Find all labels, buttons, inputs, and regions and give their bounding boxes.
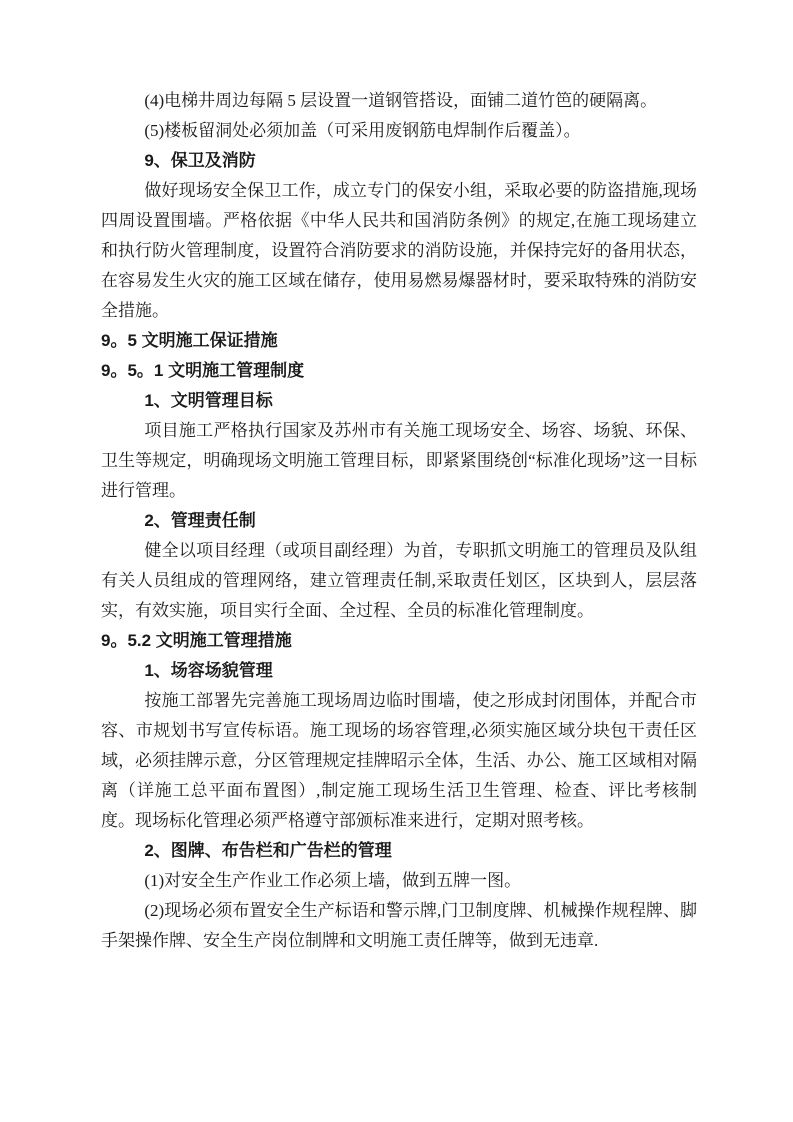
list-item-floor-slab-holes: (5)楼板留洞处必须加盖（可采用废钢筋电焊制作后覆盖）。 (101, 116, 697, 146)
heading-security-and-fire: 9、保卫及消防 (101, 146, 697, 176)
section-title-9-5-2: 9。5.2 文明施工管理措施 (101, 626, 697, 656)
heading-civilized-management-goal: 1、文明管理目标 (101, 386, 697, 416)
list-item-elevator-shaft: (4)电梯井周边每隔 5 层设置一道钢管搭设，面铺二道竹笆的硬隔离。 (101, 86, 697, 116)
heading-signboards-management: 2、图牌、布告栏和广告栏的管理 (101, 836, 697, 866)
list-item-five-boards-one-map: (1)对安全生产作业工作必须上墙，做到五牌一图。 (101, 866, 697, 896)
document-body: (4)电梯井周边每隔 5 层设置一道钢管搭设，面铺二道竹笆的硬隔离。 (5)楼板… (101, 86, 697, 956)
heading-management-responsibility: 2、管理责任制 (101, 506, 697, 536)
heading-site-appearance: 1、场容场貌管理 (101, 656, 697, 686)
document-page: (4)电梯井周边每隔 5 层设置一道钢管搭设，面铺二道竹笆的硬隔离。 (5)楼板… (0, 0, 793, 1122)
section-title-9-5-1: 9。5。1 文明施工管理制度 (101, 356, 697, 386)
list-item-safety-signs: (2)现场必须布置安全生产标语和警示牌,门卫制度牌、机械操作规程牌、脚手架操作牌… (101, 896, 697, 956)
section-title-9-5: 9。5 文明施工保证措施 (101, 326, 697, 356)
paragraph-responsibility-system: 健全以项目经理（或项目副经理）为首，专职抓文明施工的管理员及队组有关人员组成的管… (101, 536, 697, 626)
paragraph-management-goal: 项目施工严格执行国家及苏州市有关施工现场安全、场容、场貌、环保、卫生等规定，明确… (101, 416, 697, 506)
paragraph-security-fire-measures: 做好现场安全保卫工作，成立专门的保安小组，采取必要的防盗措施,现场四周设置围墙。… (101, 176, 697, 326)
paragraph-site-appearance: 按施工部署先完善施工现场周边临时围墙，使之形成封闭围体，并配合市容、市规划书写宣… (101, 686, 697, 836)
